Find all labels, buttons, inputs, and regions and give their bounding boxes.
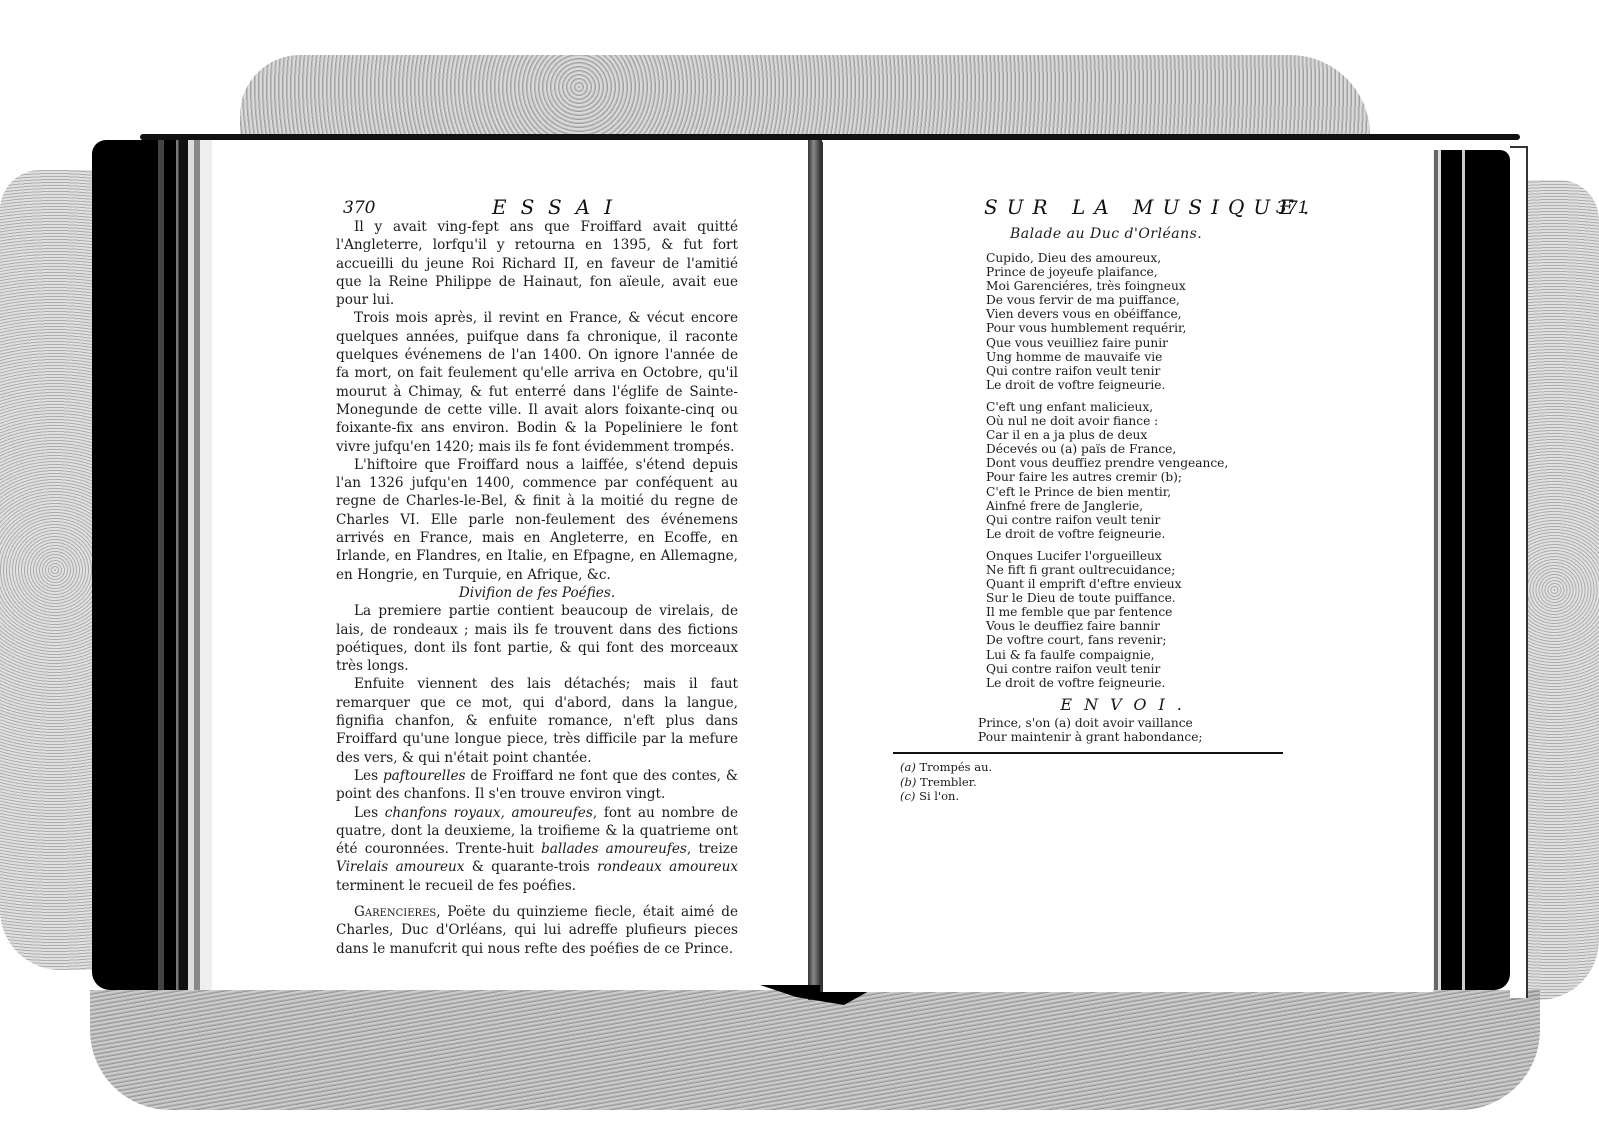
text-run: , treize	[687, 841, 738, 857]
footnote-text: Trembler.	[920, 775, 977, 789]
poem-title: Balade au Duc d'Orléans.	[1010, 226, 1202, 242]
book-right-page-edges	[1430, 150, 1510, 990]
verse-line: Décevés ou (a) païs de France,	[986, 442, 1228, 456]
verse-line: Qui contre raifon veult tenir	[986, 662, 1228, 676]
footnote-text: Trompés au.	[920, 760, 993, 774]
verse-line: Il me femble que par fentence	[986, 605, 1228, 619]
right-running-title: SUR LA MUSIQUE.	[984, 195, 1318, 219]
verse-line: Le droit de voftre feigneurie.	[986, 378, 1228, 392]
italic-term: ballades amoureufes	[541, 841, 687, 857]
verse-line: Le droit de voftre feigneurie.	[986, 676, 1228, 690]
footnote: (b) Trembler.	[900, 775, 992, 790]
verse-line: Cupido, Dieu des amoureux,	[986, 251, 1228, 265]
verse-line: Où nul ne doit avoir fiance :	[986, 414, 1228, 428]
paragraph: Les paftourelles de Froiffard ne font qu…	[336, 767, 738, 804]
verse-line: Vien devers vous en obéiffance,	[986, 307, 1228, 321]
verse-line: C'eft le Prince de bien mentir,	[986, 485, 1228, 499]
verse-line: Ne fift fi grant oultrecuidance;	[986, 563, 1228, 577]
paragraph: Il y avait ving-fept ans que Froiffard a…	[336, 218, 738, 309]
verse-line: Moi Garenciéres, très foingneux	[986, 279, 1228, 293]
footnote: (a) Trompés au.	[900, 760, 992, 775]
verse-line: Prince, s'on (a) doit avoir vaillance	[978, 716, 1228, 730]
italic-term: rondeaux amoureux	[597, 859, 738, 875]
verse-line: Onques Lucifer l'orgueilleux	[986, 549, 1228, 563]
section-heading: Divifion de fes Poéfies.	[336, 584, 738, 602]
verse-line: Pour maintenir à grant habondance;	[978, 730, 1228, 744]
verse-line: Pour faire les autres cremir (b);	[986, 470, 1228, 484]
stanza: Cupido, Dieu des amoureux, Prince de joy…	[986, 251, 1228, 392]
verse-line: Ung homme de mauvaife vie	[986, 350, 1228, 364]
verse-line: Dont vous deuffiez prendre vengeance,	[986, 456, 1228, 470]
italic-term: chanfons royaux, amoureufes	[385, 805, 593, 821]
paragraph: Les chanfons royaux, amoureufes, font au…	[336, 804, 738, 895]
footnote-mark: (a)	[900, 760, 916, 774]
paragraph: Trois mois après, il revint en France, &…	[336, 309, 738, 455]
footnote-mark: (c)	[900, 789, 915, 803]
stanza: Onques Lucifer l'orgueilleux Ne fift fi …	[986, 549, 1228, 690]
footnote-mark: (b)	[900, 775, 916, 789]
book-left-page-edges	[92, 140, 212, 990]
verse-line: Prince de joyeufe plaifance,	[986, 265, 1228, 279]
envoi: Prince, s'on (a) doit avoir vaillance Po…	[986, 716, 1228, 744]
verse-line: Lui & fa faulfe compaignie,	[986, 648, 1228, 662]
verse-line: Ainfné frere de Janglerie,	[986, 499, 1228, 513]
verse-line: De vous fervir de ma puiffance,	[986, 293, 1228, 307]
footnote-rule	[893, 752, 1283, 754]
verse-line: Pour vous humblement requérir,	[986, 321, 1228, 335]
italic-term: paftourelles	[383, 768, 466, 784]
text-run: Les	[354, 805, 385, 821]
verse-line: C'eft ung enfant malicieux,	[986, 400, 1228, 414]
verse-line: Que vous veuilliez faire punir	[986, 336, 1228, 350]
stanza: C'eft ung enfant malicieux, Où nul ne do…	[986, 400, 1228, 541]
left-page-body: Il y avait ving-fept ans que Froiffard a…	[336, 218, 738, 958]
paragraph: L'hiftoire que Froiffard nous a laiffée,…	[336, 456, 738, 584]
text-run: Les	[354, 768, 383, 784]
footnote-text: Si l'on.	[919, 789, 959, 803]
verse-line: Car il en a ja plus de deux	[986, 428, 1228, 442]
paragraph: La premiere partie contient beaucoup de …	[336, 602, 738, 675]
verse-line: Qui contre raifon veult tenir	[986, 513, 1228, 527]
paragraph: Garencieres, Poëte du quinzieme fiecle, …	[336, 903, 738, 958]
envoi-heading: ENVOI.	[1026, 698, 1228, 712]
poem: Cupido, Dieu des amoureux, Prince de joy…	[986, 251, 1228, 744]
footnote: (c) Si l'on.	[900, 789, 992, 804]
verse-line: Vous le deuffiez faire bannir	[986, 619, 1228, 633]
scan-background-top	[240, 55, 1370, 135]
right-page-number: 371	[1276, 198, 1308, 218]
book-right-cover	[1510, 146, 1528, 998]
verse-line: Sur le Dieu de toute puiffance.	[986, 591, 1228, 605]
paragraph: Enfuite viennent des lais détachés; mais…	[336, 675, 738, 766]
text-run: & quarante-trois	[464, 859, 597, 875]
italic-term: Virelais amoureux	[336, 859, 464, 875]
verse-line: Qui contre raifon veult tenir	[986, 364, 1228, 378]
scan-background-bottom	[90, 990, 1540, 1110]
left-page-number: 370	[343, 198, 375, 218]
verse-line: Quant il emprift d'eftre envieux	[986, 577, 1228, 591]
small-caps-name: Garencieres	[354, 904, 436, 920]
verse-line: De voftre court, fans revenir;	[986, 633, 1228, 647]
footnotes: (a) Trompés au. (b) Trembler. (c) Si l'o…	[900, 760, 992, 804]
verse-line: Le droit de voftre feigneurie.	[986, 527, 1228, 541]
left-running-title: ESSAI	[492, 195, 626, 219]
text-run: terminent le recueil de fes poéfies.	[336, 878, 576, 894]
book-cover-top-edge	[140, 134, 1520, 140]
